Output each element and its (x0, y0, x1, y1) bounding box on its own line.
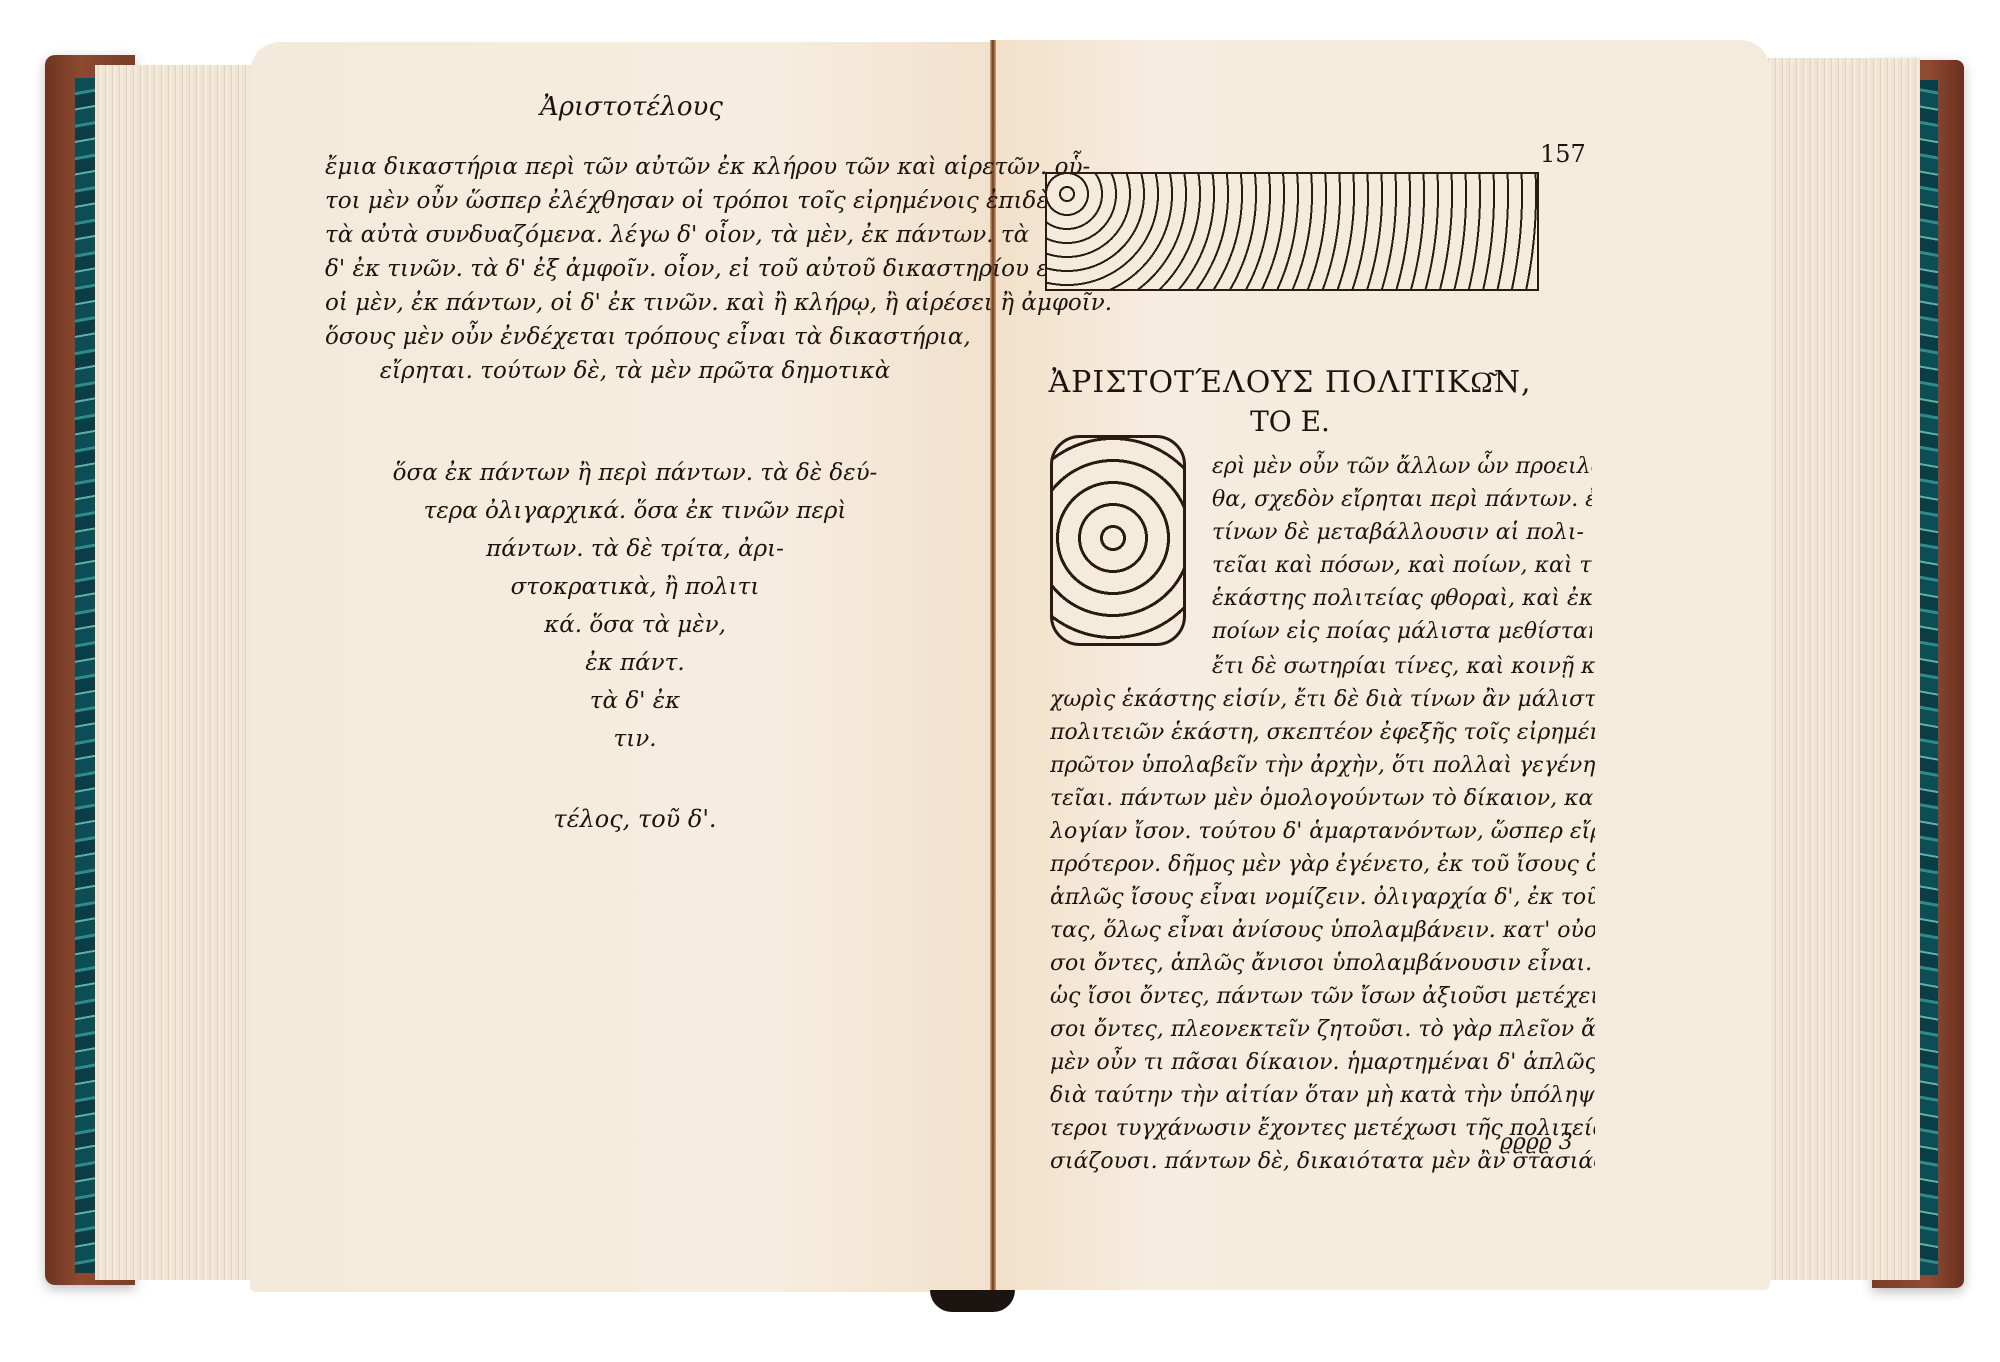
text-line: σοι ὄντες, ἁπλῶς ἄνισοι ὑπολαμβάνουσιν ε… (1050, 947, 1595, 980)
text-line: διὰ ταύτην τὴν αἰτίαν ὅταν μὴ κατὰ τὴν ὑ… (1050, 1079, 1595, 1112)
page-block-edge-right (1765, 58, 1920, 1280)
woodcut-headpiece (1045, 172, 1539, 291)
text-line: κά. ὅσα τὰ μὲν, (325, 606, 945, 644)
marbled-endpaper-left (75, 78, 97, 1273)
text-line: ποίων εἰς ποίας μάλιστα μεθίστανται. (1212, 615, 1592, 648)
text-line: σοι ὄντες, πλεονεκτεῖν ζητοῦσι. τὸ γὰρ π… (1050, 1013, 1595, 1046)
tapered-text-block: ὅσα ἐκ πάντων ἢ περὶ πάντων. τὰ δὲ δεύ- … (325, 454, 945, 758)
text-line: πολιτειῶν ἑκάστη, σκεπτέον ἐφεξῆς τοῖς ε… (1050, 716, 1595, 749)
folio-number: 157 (1540, 140, 1586, 168)
text-line: ὅσους μὲν οὖν ἐνδέχεται τρόπους εἶναι τὰ… (325, 320, 945, 354)
text-line: ἐκ πάντ. (325, 644, 945, 682)
text-line: μὲν οὖν τι πᾶσαι δίκαιον. ἡμαρτημέναι δ'… (1050, 1046, 1595, 1079)
marbled-endpaper-right (1918, 80, 1938, 1275)
text-line: τεῖαι. πάντων μὲν ὁμολογούντων τὸ δίκαιο… (1050, 782, 1595, 815)
text-line: τοι μὲν οὖν ὥσπερ ἐλέχθησαν οἱ τρόποι το… (325, 184, 945, 218)
text-line: θα, σχεδὸν εἴρηται περὶ πάντων. ἐκ (1212, 483, 1592, 516)
text-line: πάντων. τὰ δὲ τρίτα, ἀρι- (325, 530, 945, 568)
text-beside-initial: ερὶ μὲν οὖν τῶν ἄλλων ὧν προειλόμε θα, σ… (1212, 450, 1592, 648)
text-line: πρότερον. δῆμος μὲν γὰρ ἐγένετο, ἐκ τοῦ … (1050, 848, 1595, 881)
text-line: εἴρηται. τούτων δὲ, τὰ μὲν πρῶτα δημοτικ… (325, 354, 945, 388)
bookmark-ribbon (930, 1290, 1015, 1312)
text-line: ερὶ μὲν οὖν τῶν ἄλλων ὧν προειλόμε (1212, 450, 1592, 483)
text-line: τίνων δὲ μεταβάλλουσιν αἱ πολι- (1212, 516, 1592, 549)
text-line: πρῶτον ὑπολαβεῖν τὴν ἀρχὴν, ὅτι πολλαὶ γ… (1050, 749, 1595, 782)
signature-mark: ϱϱϱϱ 3 (1500, 1130, 1573, 1155)
text-line: τὰ δ' ἐκ (325, 682, 945, 720)
colophon: τέλος, τοῦ δ'. (325, 805, 945, 833)
text-line: λογίαν ἴσον. τούτου δ' ἁμαρτανόντων, ὥσπ… (1050, 815, 1595, 848)
text-line: ἔτι δὲ σωτηρίαι τίνες, καὶ κοινῇ καὶ (1050, 650, 1595, 683)
left-text-block: ἔμια δικαστήρια περὶ τῶν αὐτῶν ἐκ κλήρου… (325, 150, 945, 388)
running-head: Ἀριστοτέλους (540, 92, 723, 122)
text-line: ὡς ἴσοι ὄντες, πάντων τῶν ἴσων ἀξιοῦσι μ… (1050, 980, 1595, 1013)
page-block-edge-left (95, 65, 255, 1280)
text-line: τερα ὀλιγαρχικά. ὅσα ἐκ τινῶν περὶ (325, 492, 945, 530)
text-line: στοκρατικὰ, ἢ πολιτι (325, 568, 945, 606)
text-line: δ' ἐκ τινῶν. τὰ δ' ἐξ ἀμφοῖν. οἷον, εἰ τ… (325, 252, 945, 286)
book-number: ΤΟ Ε. (1045, 405, 1535, 438)
book-title: ἈΡΙΣΤΟΤΈΛΟΥΣ ΠΟΛΙΤΙΚΩ͂Ν, (1045, 365, 1535, 400)
text-line: τας, ὅλως εἶναι ἀνίσους ὑπολαμβάνειν. κα… (1050, 914, 1595, 947)
drop-cap-initial (1050, 435, 1186, 646)
right-text-block: ἔτι δὲ σωτηρίαι τίνες, καὶ κοινῇ καὶ χωρ… (1050, 650, 1595, 1178)
text-line: τεῖαι καὶ πόσων, καὶ ποίων, καὶ τίνες (1212, 549, 1592, 582)
text-line: ἔμια δικαστήρια περὶ τῶν αὐτῶν ἐκ κλήρου… (325, 150, 945, 184)
text-line: χωρὶς ἑκάστης εἰσίν, ἔτι δὲ διὰ τίνων ἂν… (1050, 683, 1595, 716)
text-line: ὅσα ἐκ πάντων ἢ περὶ πάντων. τὰ δὲ δεύ- (325, 454, 945, 492)
text-line: ἁπλῶς ἴσους εἶναι νομίζειν. ὀλιγαρχία δ'… (1050, 881, 1595, 914)
text-line: τὰ αὐτὰ συνδυαζόμενα. λέγω δ' οἷον, τὰ μ… (325, 218, 945, 252)
text-line: ἑκάστης πολιτείας φθοραὶ, καὶ ἐκ (1212, 582, 1592, 615)
text-line: τιν. (325, 720, 945, 758)
text-line: οἱ μὲν, ἐκ πάντων, οἱ δ' ἐκ τινῶν. καὶ ἢ… (325, 286, 945, 320)
